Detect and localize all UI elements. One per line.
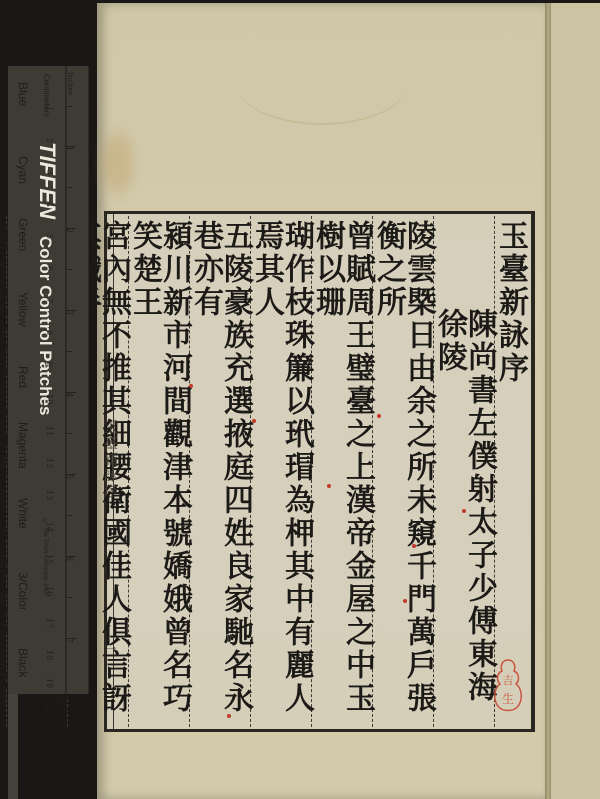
red-punctuation-mark	[252, 419, 256, 423]
text-line: 潁川新市河間觀津本號嬌娥曾名巧笑楚王	[129, 216, 189, 727]
adjacent-page	[551, 3, 600, 799]
text-column-title: 玉臺新詠序	[494, 216, 525, 727]
color-control-card: Centimeters TIFFEN Color Control Patches…	[8, 66, 89, 694]
patch-label-blue: Blue	[16, 82, 30, 106]
text-line: 陵雲槩日由余之所未窺千門萬戶張衡之所	[373, 216, 433, 727]
patch-label-black: Black	[16, 648, 30, 677]
text-column: 陵雲槩日由余之所未窺千門萬戶張衡之所	[372, 216, 433, 727]
patch-label-white: White	[16, 498, 30, 529]
text-column: 五陵豪族充選掖庭四姓良家馳名永巷亦有	[189, 216, 250, 727]
patch-label-red: Red	[16, 366, 30, 388]
text-columns: 玉臺新詠序 陳尚書左僕射太子少傅東海徐陵 陵雲槩日由余之所未窺千門萬戶張衡之所 …	[119, 216, 525, 727]
card-shadow	[8, 694, 18, 799]
seal-char-bottom: 生	[502, 691, 514, 706]
ruler-unit: Inches	[66, 72, 74, 95]
card-title: Color Control Patches	[35, 236, 55, 415]
patch-label-cyan: Cyan	[16, 156, 30, 184]
text-line: 瑚作枝珠簾以玳瑁為柙其中有麗人焉其人	[251, 216, 311, 727]
red-seal-stamp: 吉 生	[493, 658, 523, 714]
seal-char-top: 吉	[503, 673, 514, 687]
printed-text-frame: 玉臺新詠序 陳尚書左僕射太子少傅東海徐陵 陵雲槩日由余之所未窺千門萬戶張衡之所 …	[104, 211, 535, 732]
text-line: 曾賦周王璧臺之上漢帝金屋之中玉樹以珊	[312, 216, 372, 727]
author-line: 陳尚書左僕射太子少傅東海徐陵	[434, 216, 494, 727]
gutter-title: 玉臺新詠序	[100, 420, 120, 500]
patch-label-3color: 3/Color	[16, 572, 30, 611]
red-punctuation-mark	[462, 509, 466, 513]
text-column-author: 陳尚書左僕射太子少傅東海徐陵	[433, 216, 494, 727]
folio-number: 二	[100, 645, 120, 659]
red-punctuation-mark	[227, 714, 231, 718]
preface-title: 玉臺新詠序	[495, 216, 525, 385]
paper-stain	[103, 133, 133, 193]
red-punctuation-mark	[412, 544, 416, 548]
text-line: 施之被教弟兄協律自小學歌少長河陽由來	[0, 216, 6, 727]
paper-stain	[237, 43, 407, 125]
patch-label-yellow: Yellow	[16, 292, 30, 326]
text-column: 曾賦周王璧臺之上漢帝金屋之中玉樹以珊	[311, 216, 372, 727]
text-line: 五陵豪族充選掖庭四姓良家馳名永巷亦有	[190, 216, 250, 727]
red-punctuation-mark	[377, 414, 381, 418]
inch-ruler: Inches 1 2 3 4 5 6 7	[65, 66, 88, 694]
patch-label-green: Green	[16, 218, 30, 251]
red-punctuation-mark	[327, 484, 331, 488]
text-column: 瑚作枝珠簾以玳瑁為柙其中有麗人焉其人	[250, 216, 311, 727]
red-punctuation-mark	[403, 599, 407, 603]
text-column: 施之被教弟兄協律自小學歌少長河陽由來	[0, 216, 6, 727]
red-punctuation-mark	[189, 384, 193, 388]
patch-label-magenta: Magenta	[16, 422, 30, 469]
text-column: 潁川新市河間觀津本號嬌娥曾名巧笑楚王	[128, 216, 189, 727]
